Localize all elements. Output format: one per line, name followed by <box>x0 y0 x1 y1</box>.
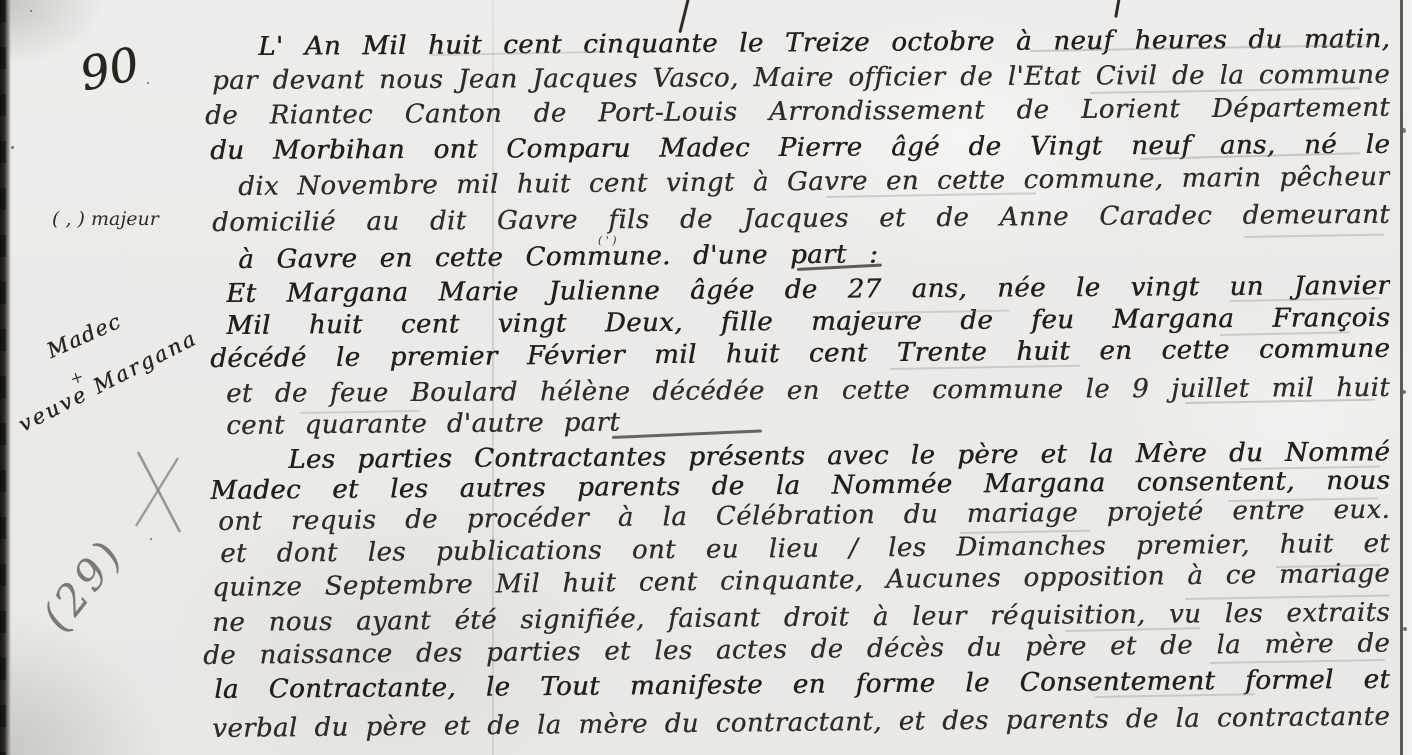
cut-ascender-stroke <box>1114 0 1121 18</box>
ink-speck <box>150 538 152 540</box>
margin-note-majeur: ( , ) majeur <box>52 208 159 230</box>
entry-number: 90 <box>75 37 143 102</box>
margin-cross-mark <box>128 446 190 538</box>
ink-speck <box>147 82 149 84</box>
margin-page-note: (29) <box>32 529 134 640</box>
ink-speck <box>11 146 14 149</box>
margin-note-bride-name: veuve Margana <box>15 326 202 437</box>
page-scan: 90 ( , ) majeur ( ' ) Madec + veuve Marg… <box>0 0 1412 755</box>
ink-speck <box>30 10 32 12</box>
ink-speck <box>1401 128 1406 133</box>
binding-edge <box>0 0 11 755</box>
ink-speck <box>1403 627 1407 631</box>
page-outer-strip <box>1403 0 1412 755</box>
ink-speck <box>1402 390 1406 394</box>
page-edge-line <box>1400 0 1403 755</box>
body-line: domicilié au dit Gavre fils de Jacques e… <box>212 198 1390 244</box>
margin-note-groom-name: Madec <box>43 309 125 363</box>
filler-stroke <box>612 429 762 439</box>
